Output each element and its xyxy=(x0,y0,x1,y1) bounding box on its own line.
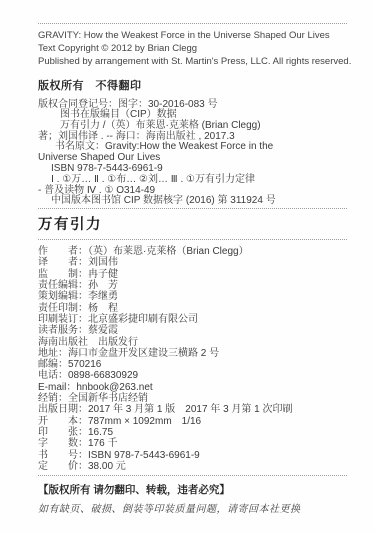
cip-title-line: 万有引力 /（英）布莱恩·克莱格 (Brian Clegg) xyxy=(38,121,347,132)
divider-above-footer xyxy=(38,475,347,476)
divider-below-title xyxy=(38,239,347,240)
english-copyright-block: GRAVITY: How the Weakest Force in the Un… xyxy=(38,29,347,68)
colophon-line-address: 地址：海口市金盘开发区建设三横路 2 号 xyxy=(38,348,347,359)
colophon-line-print-supervisor: 责任印制：杨 程 xyxy=(38,303,347,314)
colophon-line-responsible-editor: 责任编辑：孙 芳 xyxy=(38,280,347,291)
colophon-line-planning-editor: 策划编辑：李继勇 xyxy=(38,291,347,302)
rights-notice: 版权所有 不得翻印 xyxy=(38,77,347,93)
colophon-line-publication-date: 出版日期：2017 年 3 月第 1 版 2017 年 3 月第 1 次印刷 xyxy=(38,404,347,415)
colophon-line-author: 作 者：（英）布莱恩·克莱格（Brian Clegg） xyxy=(38,246,347,257)
footer-warning: 【版权所有 请勿翻印、转载，违者必究】 xyxy=(38,482,347,497)
colophon-line-printing-binding: 印刷装订：北京盛彩捷印刷有限公司 xyxy=(38,314,347,325)
colophon-line-publisher: 海南出版社 出版发行 xyxy=(38,337,347,348)
colophon-line-format: 开 本：787mm × 1092mm 1/16 xyxy=(38,416,347,427)
cip-data-block: 图书在版编目（CIP）数据 万有引力 /（英）布莱恩·克莱格 (Brian Cl… xyxy=(38,110,347,207)
colophon-line-phone: 电话：0898-66830929 xyxy=(38,370,347,381)
colophon-line-translator: 译 者：刘国伟 xyxy=(38,257,347,268)
colophon-line-sheets: 印 张：16.75 xyxy=(38,427,347,438)
colophon-line-reader-service: 读者服务：蔡爱霞 xyxy=(38,325,347,336)
cip-classification-line-1: Ⅰ . ①万… Ⅱ . ①布… ②刘… Ⅲ . ①万有引力定律 xyxy=(38,175,347,186)
english-title-line: GRAVITY: How the Weakest Force in the Un… xyxy=(38,29,347,42)
colophon-line-postcode: 邮编：570216 xyxy=(38,359,347,370)
colophon-line-email: E-mail：hnbook@263.net xyxy=(38,382,347,393)
colophon-block: 作 者：（英）布莱恩·克莱格（Brian Clegg） 译 者：刘国伟 监 制：… xyxy=(38,246,347,472)
top-divider xyxy=(38,23,347,24)
colophon-line-producer: 监 制：冉子健 xyxy=(38,269,347,280)
registration-number-line: 版权合同登记号：图字：30-2016-083 号 xyxy=(38,95,347,110)
colophon-line-price: 定 价：38.00 元 xyxy=(38,461,347,472)
colophon-line-isbn: 书 号：ISBN 978-7-5443-6961-9 xyxy=(38,450,347,461)
copyright-page: GRAVITY: How the Weakest Force in the Un… xyxy=(0,0,375,534)
colophon-line-distribution: 经销：全国新华书店经销 xyxy=(38,393,347,404)
book-title: 万有引力 xyxy=(38,216,347,234)
divider-above-title xyxy=(38,208,347,209)
colophon-line-word-count: 字 数：176 千 xyxy=(38,438,347,449)
english-publisher-line: Published by arrangement with St. Martin… xyxy=(38,55,347,68)
cip-record-line: 中国版本图书馆 CIP 数据核字 (2016) 第 311924 号 xyxy=(38,196,347,207)
footer-quality-note: 如有缺页、破损、倒装等印装质量问题，请寄回本社更换 xyxy=(38,500,347,515)
english-copyright-line: Text Copyright © 2012 by Brian Clegg xyxy=(38,42,347,55)
